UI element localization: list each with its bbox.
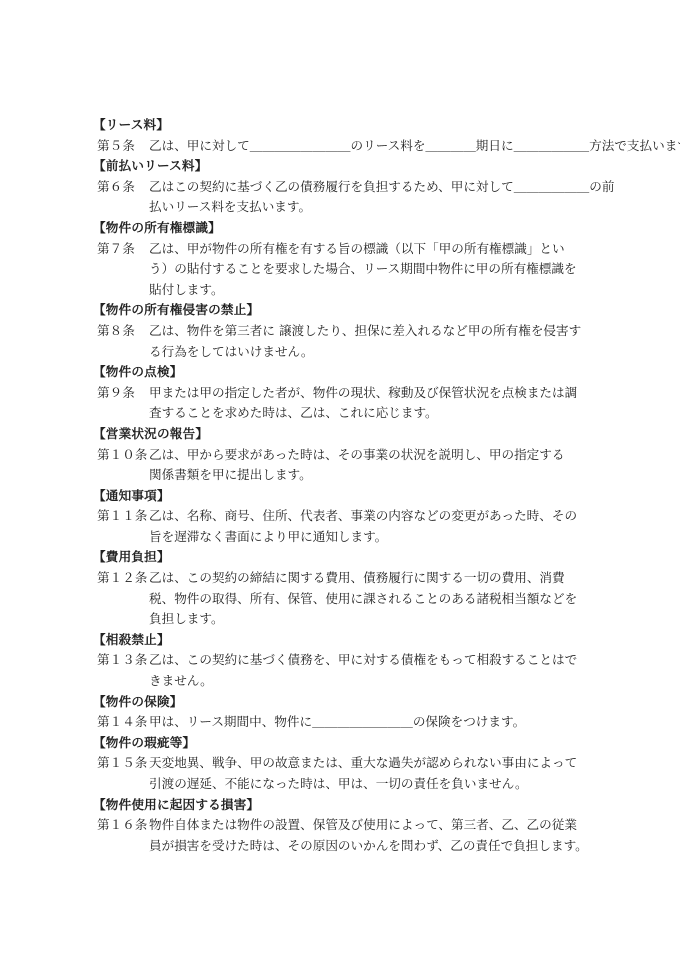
article-16: 第１６条 物件自体または物件の設置、保管及び使用によって、第三者、乙、乙の従業 … (97, 815, 592, 856)
article-line: う）の貼付することを要求した場合、リース期間中物件に甲の所有権標識を (149, 259, 592, 280)
article-7: 第７条 乙は、甲が物件の所有権を有する旨の標識（以下「甲の所有権標識」とい う）… (97, 239, 592, 301)
section-heading: 【前払いリース料】 (93, 156, 592, 177)
article-line: 甲は、リース期間中、物件に＿＿＿＿＿＿＿＿の保険をつけます。 (149, 712, 592, 733)
article-line: 負担します。 (149, 609, 592, 630)
section-insurance: 【物件の保険】 第１４条 甲は、リース期間中、物件に＿＿＿＿＿＿＿＿の保険をつけ… (97, 692, 592, 733)
section-offset-prohibition: 【相殺禁止】 第１３条 乙は、この契約に基づく債務を、甲に対する債権をもって相殺… (97, 630, 592, 692)
article-line: 乙は、この契約に基づく債務を、甲に対する債権をもって相殺することはで (149, 650, 592, 671)
article-line: る行為をしてはいけません。 (149, 342, 592, 363)
section-heading: 【物件の所有権標識】 (93, 218, 592, 239)
section-prepaid-lease-fee: 【前払いリース料】 第６条 乙はこの契約に基づく乙の債務履行を負担するため、甲に… (97, 156, 592, 218)
article-13: 第１３条 乙は、この契約に基づく債務を、甲に対する債権をもって相殺することはで … (97, 650, 592, 691)
article-number: 第８条 (97, 321, 149, 362)
section-heading: 【物件使用に起因する損害】 (93, 795, 592, 816)
section-cost-burden: 【費用負担】 第１２条 乙は、この契約の締結に関する費用、債務履行に関する一切の… (97, 547, 592, 629)
article-line: きません。 (149, 671, 592, 692)
article-line: 払いリース料を支払います。 (149, 197, 614, 218)
section-ownership-infringement: 【物件の所有権侵害の禁止】 第８条 乙は、物件を第三者に 譲渡したり、担保に差入… (97, 300, 592, 362)
article-line: 乙は、名称、商号、住所、代表者、事業の内容などの変更があった時、その (149, 506, 592, 527)
section-heading: 【営業状況の報告】 (93, 424, 592, 445)
article-number: 第１６条 (97, 815, 149, 856)
article-number: 第６条 (97, 177, 149, 218)
section-heading: 【リース料】 (93, 115, 592, 136)
article-10: 第１０条 乙は、甲から要求があった時は、その事業の状況を説明し、甲の指定する 関… (97, 445, 592, 486)
article-6: 第６条 乙はこの契約に基づく乙の債務履行を負担するため、甲に対して＿＿＿＿＿＿の… (97, 177, 592, 218)
article-line: 査することを求めた時は、乙は、これに応じます。 (149, 403, 592, 424)
article-11: 第１１条 乙は、名称、商号、住所、代表者、事業の内容などの変更があった時、その … (97, 506, 592, 547)
section-heading: 【物件の保険】 (93, 692, 592, 713)
article-5: 第５条 乙は、甲に対して＿＿＿＿＿＿＿＿のリース料を＿＿＿＿期日に＿＿＿＿＿＿方… (97, 136, 592, 157)
article-15: 第１５条 天変地異、戦争、甲の故意または、重大な過失が認められない事由によって … (97, 753, 592, 794)
article-12: 第１２条 乙は、この契約の締結に関する費用、債務履行に関する一切の費用、消費 税… (97, 568, 592, 630)
section-heading: 【費用負担】 (93, 547, 592, 568)
section-lease-fee: 【リース料】 第５条 乙は、甲に対して＿＿＿＿＿＿＿＿のリース料を＿＿＿＿期日に… (97, 115, 592, 156)
article-number: 第５条 (97, 136, 149, 157)
section-inspection: 【物件の点検】 第９条 甲または甲の指定した者が、物件の現状、稼動及び保管状況を… (97, 362, 592, 424)
article-line: 旨を遅滞なく書面により甲に通知します。 (149, 527, 592, 548)
article-line: 貼付します。 (149, 280, 592, 301)
article-9: 第９条 甲または甲の指定した者が、物件の現状、稼動及び保管状況を点検または調 査… (97, 383, 592, 424)
article-line: 乙は、甲に対して＿＿＿＿＿＿＿＿のリース料を＿＿＿＿期日に＿＿＿＿＿＿方法で支払… (149, 136, 680, 157)
article-line: 引渡の遅延、不能になった時は、甲は、一切の責任を負いません。 (149, 774, 592, 795)
article-14: 第１４条 甲は、リース期間中、物件に＿＿＿＿＿＿＿＿の保険をつけます。 (97, 712, 592, 733)
contract-document: 【リース料】 第５条 乙は、甲に対して＿＿＿＿＿＿＿＿のリース料を＿＿＿＿期日に… (97, 115, 592, 856)
article-number: 第１５条 (97, 753, 149, 794)
section-defects: 【物件の瑕疵等】 第１５条 天変地異、戦争、甲の故意または、重大な過失が認められ… (97, 733, 592, 795)
article-8: 第８条 乙は、物件を第三者に 譲渡したり、担保に差入れるなど甲の所有権を侵害す … (97, 321, 592, 362)
section-business-report: 【営業状況の報告】 第１０条 乙は、甲から要求があった時は、その事業の状況を説明… (97, 424, 592, 486)
article-line: 乙は、物件を第三者に 譲渡したり、担保に差入れるなど甲の所有権を侵害す (149, 321, 592, 342)
section-heading: 【物件の瑕疵等】 (93, 733, 592, 754)
section-heading: 【相殺禁止】 (93, 630, 592, 651)
section-heading: 【通知事項】 (93, 486, 592, 507)
article-line: 甲または甲の指定した者が、物件の現状、稼動及び保管状況を点検または調 (149, 383, 592, 404)
article-line: 物件自体または物件の設置、保管及び使用によって、第三者、乙、乙の従業 (149, 815, 592, 836)
section-heading: 【物件の点検】 (93, 362, 592, 383)
article-line: 乙は、甲から要求があった時は、その事業の状況を説明し、甲の指定する (149, 445, 592, 466)
article-number: 第１０条 (97, 445, 149, 486)
section-ownership-label: 【物件の所有権標識】 第７条 乙は、甲が物件の所有権を有する旨の標識（以下「甲の… (97, 218, 592, 300)
article-line: 天変地異、戦争、甲の故意または、重大な過失が認められない事由によって (149, 753, 592, 774)
article-line: 乙は、この契約の締結に関する費用、債務履行に関する一切の費用、消費 (149, 568, 592, 589)
article-number: 第１３条 (97, 650, 149, 691)
article-line: 税、物件の取得、所有、保管、使用に課されることのある諸税相当額などを (149, 589, 592, 610)
article-number: 第１４条 (97, 712, 149, 733)
section-notification: 【通知事項】 第１１条 乙は、名称、商号、住所、代表者、事業の内容などの変更があ… (97, 486, 592, 548)
article-number: 第１２条 (97, 568, 149, 630)
article-number: 第９条 (97, 383, 149, 424)
section-damage-from-use: 【物件使用に起因する損害】 第１６条 物件自体または物件の設置、保管及び使用によ… (97, 795, 592, 857)
article-number: 第１１条 (97, 506, 149, 547)
article-line: 関係書類を甲に提出します。 (149, 465, 592, 486)
article-number: 第７条 (97, 239, 149, 301)
article-line: 乙はこの契約に基づく乙の債務履行を負担するため、甲に対して＿＿＿＿＿＿の前 (149, 177, 614, 198)
section-heading: 【物件の所有権侵害の禁止】 (93, 300, 592, 321)
article-line: 員が損害を受けた時は、その原因のいかんを問わず、乙の責任で負担します。 (149, 836, 592, 857)
article-line: 乙は、甲が物件の所有権を有する旨の標識（以下「甲の所有権標識」とい (149, 239, 592, 260)
